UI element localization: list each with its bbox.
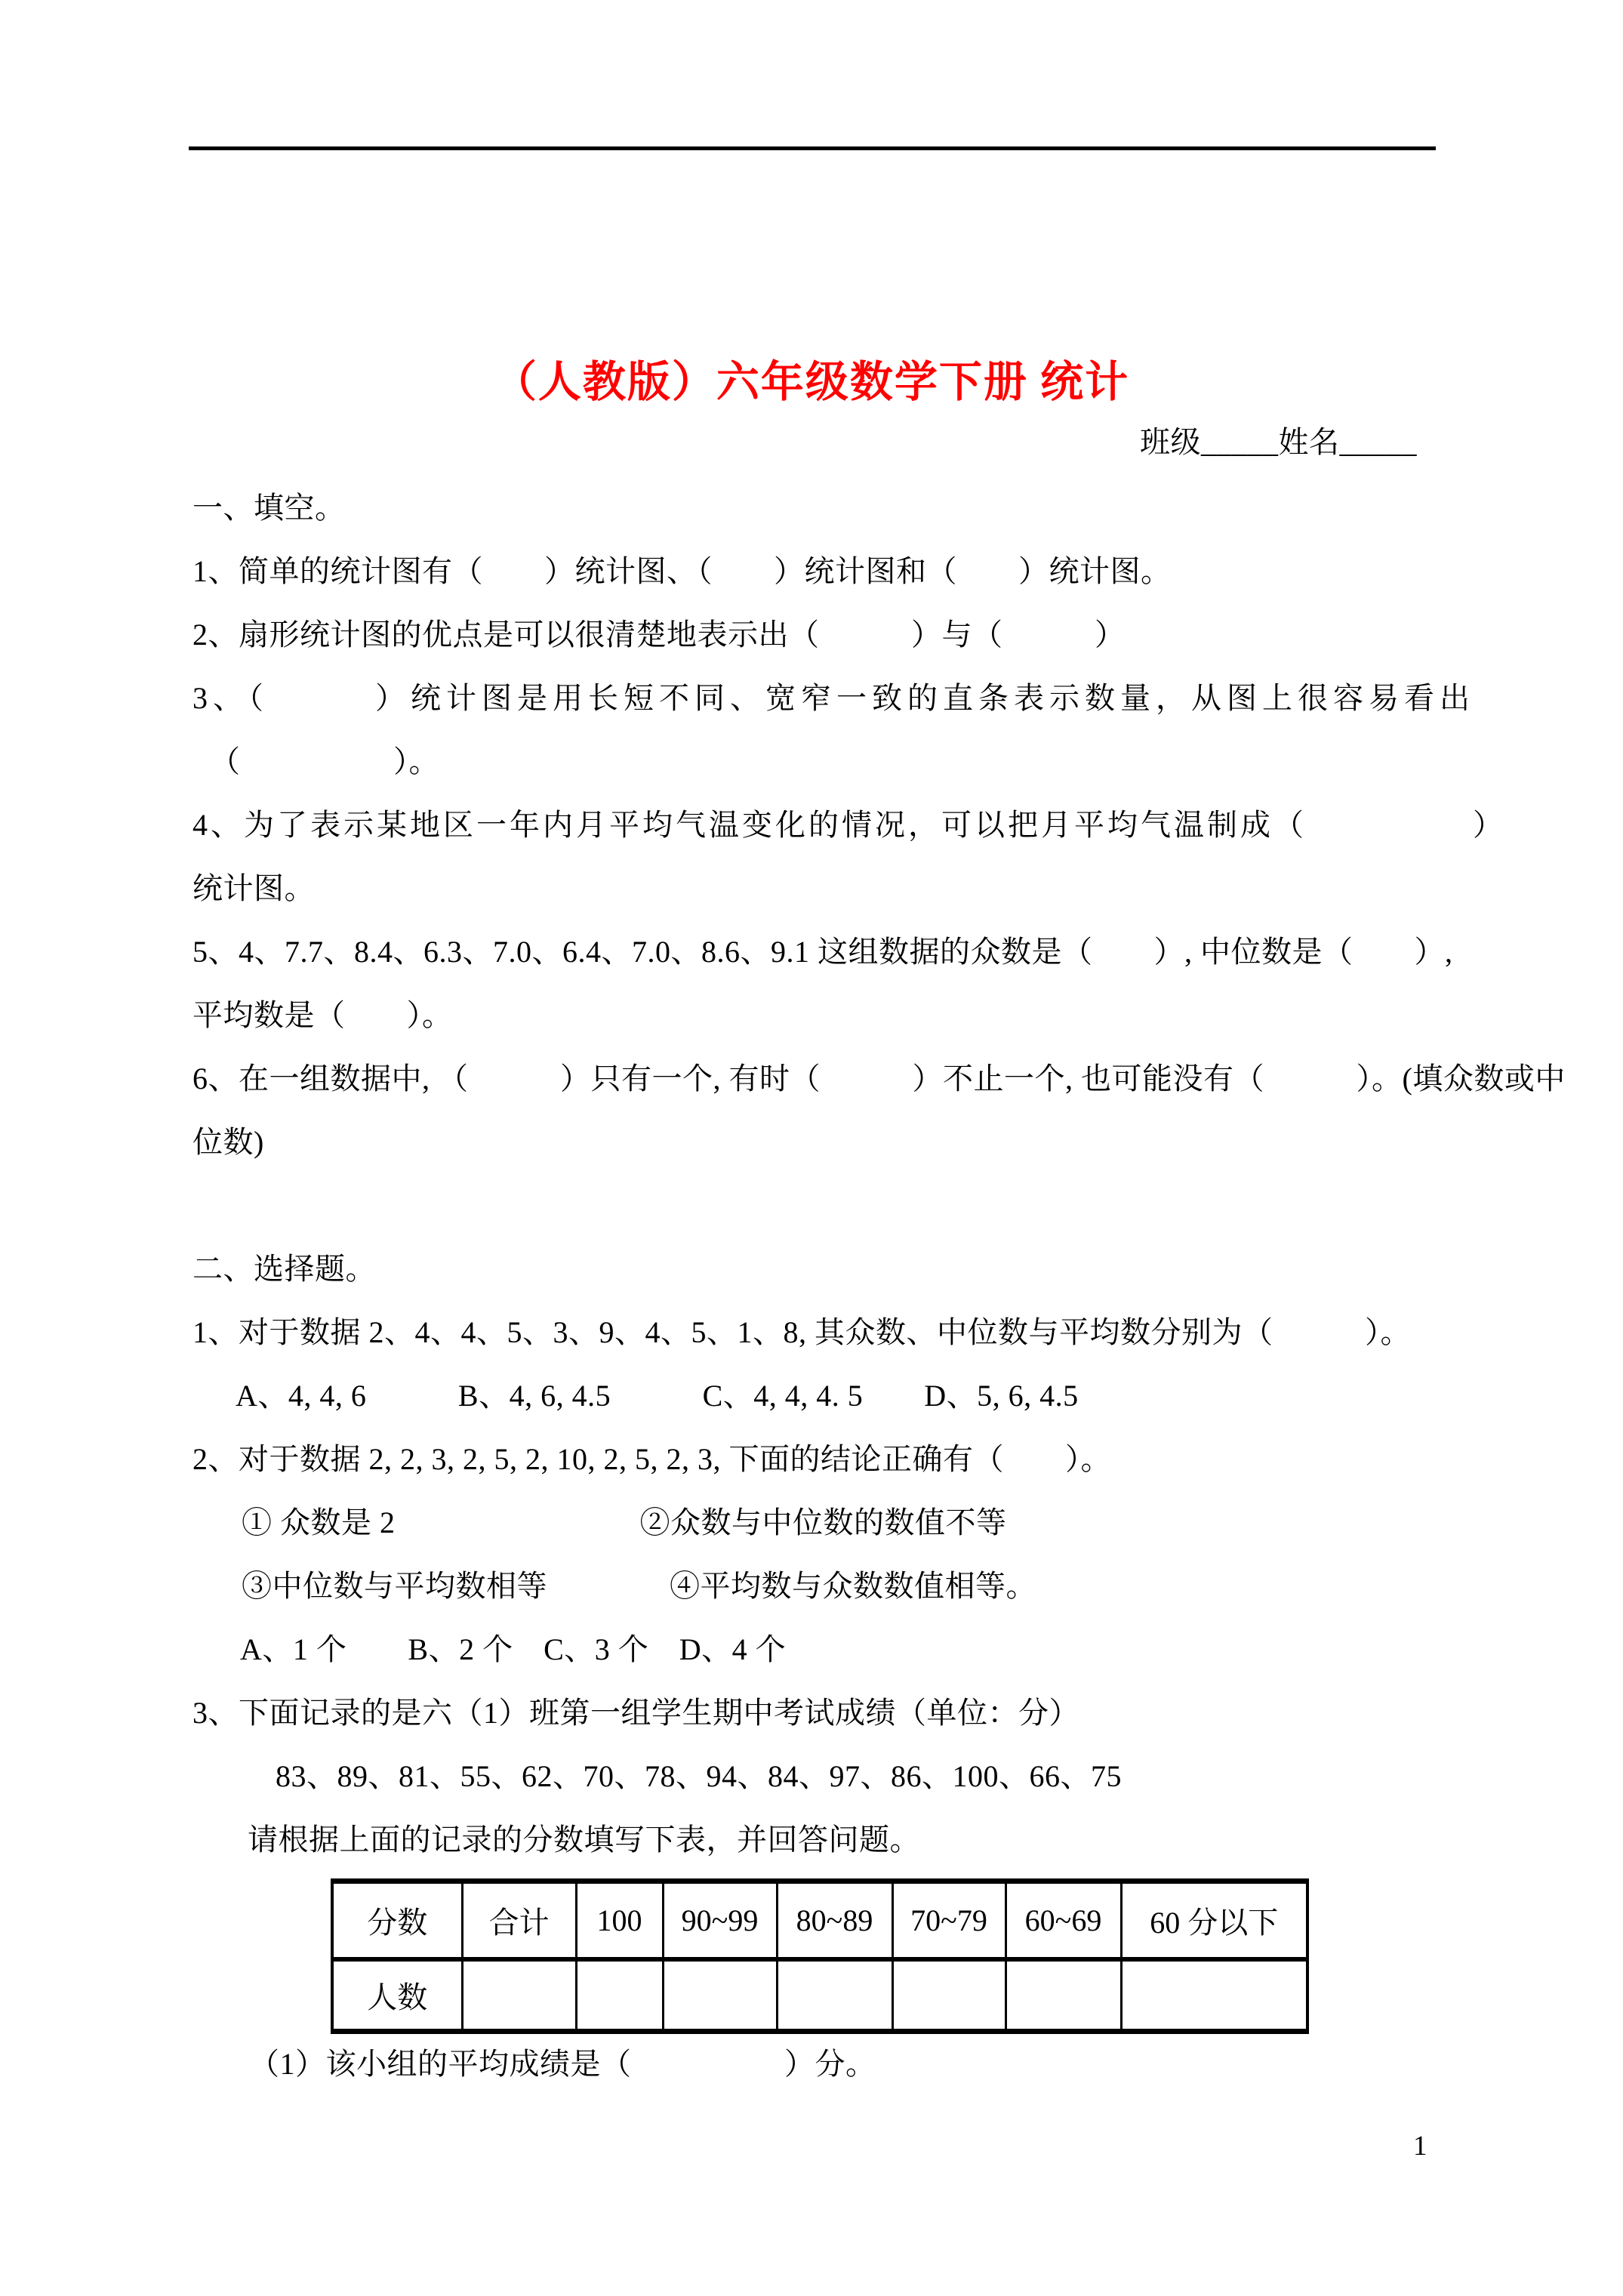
section1-question4-line2: 统计图。 [192, 871, 315, 906]
count-cell-90-99 [663, 1959, 777, 2032]
section2-heading: 二、选择题。 [192, 1252, 376, 1287]
section2-question3-subquestion1: （1）该小组的平均成绩是（ ）分。 [249, 2047, 876, 2082]
worksheet-page: （人教版）六年级数学下册 统计 班级_____姓名_____ 一、填空。 1、简… [0, 0, 1623, 2296]
page-title: （人教版）六年级数学下册 统计 [0, 347, 1623, 409]
table-header-row: 分数 合计 100 90~99 80~89 70~79 60~69 60 分以下 [332, 1881, 1307, 1960]
section2-question3: 3、下面记录的是六（1）班第一组学生期中考试成绩（单位：分） [192, 1696, 1079, 1730]
section1-question6-line2: 位数) [192, 1125, 264, 1160]
section2-question1-options: A、4, 4, 6 B、4, 6, 4.5 C、4, 4, 4. 5 D、5, … [236, 1379, 1079, 1413]
section1-question3-line1: 3、（ ）统计图是用长短不同、宽窄一致的直条表示数量，从图上很容易看出 [192, 681, 1475, 716]
header-cell-100: 100 [576, 1881, 663, 1960]
count-cell-60-69 [1006, 1959, 1121, 2032]
header-rule [189, 146, 1436, 150]
score-frequency-table: 分数 合计 100 90~99 80~89 70~79 60~69 60 分以下… [331, 1878, 1309, 2034]
class-name-blanks: 班级_____姓名_____ [1140, 425, 1417, 460]
count-row-label: 人数 [332, 1959, 462, 2032]
count-cell-100 [576, 1959, 663, 2032]
header-cell-70-79: 70~79 [892, 1881, 1006, 1960]
section2-question2: 2、对于数据 2, 2, 3, 2, 5, 2, 10, 2, 5, 2, 3,… [192, 1442, 1111, 1477]
header-cell-90-99: 90~99 [663, 1881, 777, 1960]
section1-question1: 1、简单的统计图有（ ）统计图、（ ）统计图和（ ）统计图。 [192, 554, 1172, 589]
count-cell-70-79 [892, 1959, 1006, 2032]
header-cell-total: 合计 [462, 1881, 576, 1960]
section1-heading: 一、填空。 [192, 491, 346, 525]
section1-question5-line2: 平均数是（ ）。 [192, 998, 453, 1033]
section1-question2: 2、扇形统计图的优点是可以很清楚地表示出（ ）与（ ） [192, 618, 1126, 652]
section1-question3-line2: （ ）。 [210, 744, 439, 779]
table-count-row: 人数 [332, 1959, 1307, 2032]
count-cell-80-89 [777, 1959, 892, 2032]
section2-question3-scores: 83、89、81、55、62、70、78、94、84、97、86、100、66、… [276, 1759, 1122, 1794]
page-number: 1 [1413, 2130, 1427, 2162]
header-cell-below-60: 60 分以下 [1121, 1881, 1307, 1960]
count-cell-total [462, 1959, 576, 2032]
header-cell-score: 分数 [332, 1881, 462, 1960]
header-cell-60-69: 60~69 [1006, 1881, 1121, 1960]
section2-question1: 1、对于数据 2、4、4、5、3、9、4、5、1、8, 其众数、中位数与平均数分… [192, 1315, 1411, 1350]
section1-question6-line1: 6、在一组数据中, （ ）只有一个, 有时（ ）不止一个, 也可能没有（ ）。(… [192, 1062, 1566, 1096]
count-cell-below-60 [1121, 1959, 1307, 2032]
section2-question3-instruction: 请根据上面的记录的分数填写下表，并回答问题。 [248, 1823, 920, 1857]
section1-question5-line1: 5、4、7.7、8.4、6.3、7.0、6.4、7.0、8.6、9.1 这组数据… [192, 935, 1453, 969]
section2-question2-statements-3-4: ③中位数与平均数相等 ④平均数与众数数值相等。 [242, 1569, 1036, 1604]
header-cell-80-89: 80~89 [777, 1881, 892, 1960]
section2-question2-options: A、1 个 B、2 个 C、3 个 D、4 个 [240, 1632, 786, 1667]
section2-question2-statements-1-2: ① 众数是 2 ②众数与中位数的数值不等 [242, 1505, 1007, 1540]
section1-question4-line1: 4、为了表示某地区一年内月平均气温变化的情况，可以把月平均气温制成（ ） [192, 808, 1506, 843]
